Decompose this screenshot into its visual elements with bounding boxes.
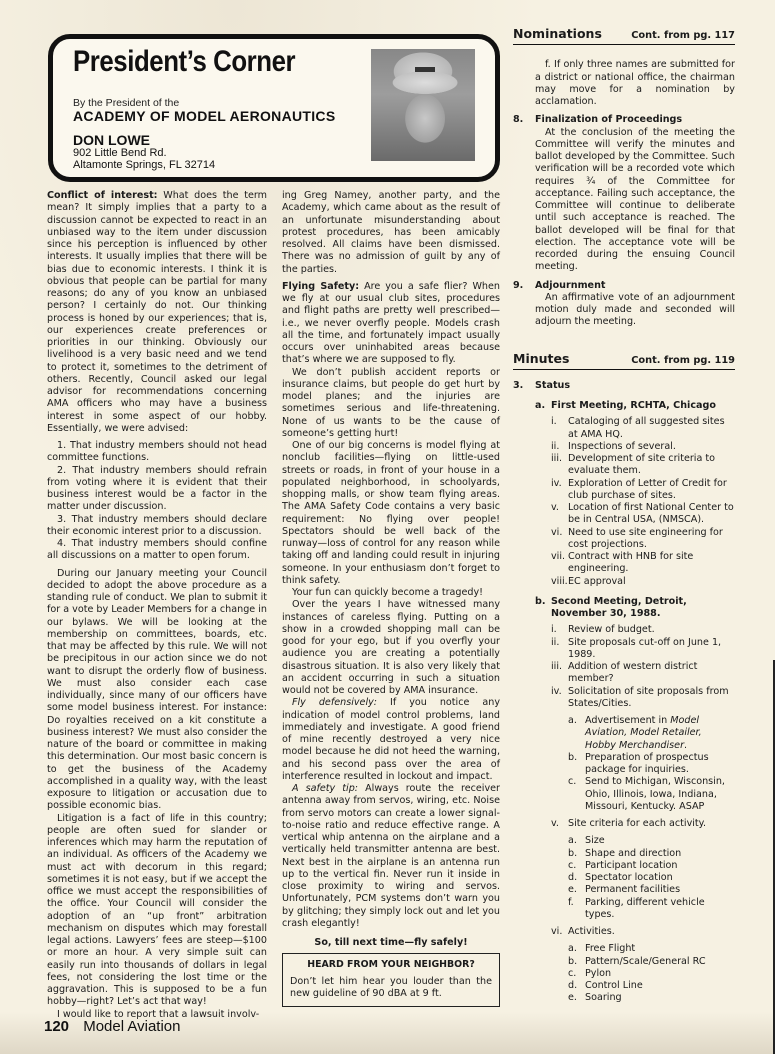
list-item: f.Parking, different vehicle types. xyxy=(513,897,735,922)
body-paragraph: We don’t publish accident reports or ins… xyxy=(282,367,500,441)
section-title: Nominations xyxy=(513,28,602,40)
callout-title: HEARD FROM YOUR NEIGHBOR? xyxy=(290,959,492,971)
presidents-corner-header: President’s Corner By the President of t… xyxy=(48,34,500,182)
address-line-2: Altamonte Springs, FL 32714 xyxy=(73,159,215,171)
list-item: i.Review of budget. xyxy=(513,624,735,636)
page-footer: 120 Model Aviation xyxy=(44,1018,181,1035)
hat-logo xyxy=(415,67,435,72)
nominations-header: Nominations Cont. from pg. 117 xyxy=(513,28,735,45)
organization-name: ACADEMY OF MODEL AERONAUTICS xyxy=(73,108,336,124)
fly-defensively-paragraph: Fly defensively: If you notice any indic… xyxy=(282,697,500,783)
nomination-item-f: f. If only three names are submitted for… xyxy=(513,59,735,108)
list-item: iv.Solicitation of site proposals from S… xyxy=(513,686,735,711)
magazine-name: Model Aviation xyxy=(83,1018,180,1035)
middle-column: ing Greg Namey, another party, and the A… xyxy=(282,190,500,1007)
advice-item: 1. That industry members should not head… xyxy=(47,440,267,465)
advice-item: 3. That industry members should declare … xyxy=(47,514,267,539)
page-number: 120 xyxy=(44,1018,69,1035)
advice-item: 4. That industry members should confine … xyxy=(47,538,267,563)
list-item: a.Size xyxy=(513,835,735,847)
list-item: b.Preparation of prospectus package for … xyxy=(513,752,735,777)
flying-safety-paragraph: Flying Safety: Are you a safe flier? Whe… xyxy=(282,281,500,367)
list-item: c.Pylon xyxy=(513,968,735,980)
callout-text: Don’t let him hear you louder than the n… xyxy=(290,976,492,1001)
list-item: v.Location of first National Center to b… xyxy=(513,502,735,527)
list-item: vii.Contract with HNB for site engineeri… xyxy=(513,551,735,576)
body-paragraph: ing Greg Namey, another party, and the A… xyxy=(282,190,500,276)
body-paragraph: One of our big concerns is model flying … xyxy=(282,440,500,587)
list-item: v.Site criteria for each activity. xyxy=(513,818,735,830)
list-item: viii.EC approval xyxy=(513,576,735,588)
left-column: Conflict of interest: What does the term… xyxy=(47,190,267,1021)
author-photo xyxy=(371,49,475,161)
list-item: e.Permanent facilities xyxy=(513,884,735,896)
right-column: Nominations Cont. from pg. 117 f. If onl… xyxy=(513,28,735,1005)
list-item: vi.Need to use site engineering for cost… xyxy=(513,527,735,552)
continuation-note: Cont. from pg. 119 xyxy=(631,355,735,367)
minutes-list: 3. Status a. First Meeting, RCHTA, Chica… xyxy=(513,380,735,1005)
list-item: i.Cataloging of all suggested sites at A… xyxy=(513,416,735,441)
nomination-item: 9. Adjournment An affirmative vote of an… xyxy=(513,280,735,329)
body-paragraph: During our January meeting your Council … xyxy=(47,568,267,813)
list-item: d.Control Line xyxy=(513,980,735,992)
list-item: c.Participant location xyxy=(513,860,735,872)
list-item: ii.Site proposals cut-off on June 1, 198… xyxy=(513,637,735,662)
list-item: b.Shape and direction xyxy=(513,848,735,860)
list-item: a.Advertisement in Model Aviation, Model… xyxy=(513,715,735,752)
list-item: iii.Development of site criteria to eval… xyxy=(513,453,735,478)
body-paragraph: Over the years I have witnessed many ins… xyxy=(282,599,500,697)
list-item: c.Send to Michigan, Wisconsin, Ohio, Ill… xyxy=(513,776,735,813)
list-item: d.Spectator location xyxy=(513,872,735,884)
advice-item: 2. That industry members should refrain … xyxy=(47,465,267,514)
safety-tip-paragraph: A safety tip: Always route the receiver … xyxy=(282,783,500,930)
list-item: iii.Addition of western district member? xyxy=(513,661,735,686)
page-title: President’s Corner xyxy=(73,45,295,79)
section-lead: Flying Safety: xyxy=(282,281,359,292)
conflict-of-interest-paragraph: Conflict of interest: What does the term… xyxy=(47,190,267,435)
section-lead: Conflict of interest: xyxy=(47,190,158,201)
list-item: e.Soaring xyxy=(513,992,735,1004)
list-item: b.Pattern/Scale/General RC xyxy=(513,956,735,968)
author-name: DON LOWE xyxy=(73,132,150,148)
section-title: Minutes xyxy=(513,353,569,365)
status-heading: 3. Status xyxy=(513,380,735,392)
first-meeting-heading: a. First Meeting, RCHTA, Chicago xyxy=(513,400,735,412)
continuation-note: Cont. from pg. 117 xyxy=(631,30,735,42)
address-line-1: 902 Little Bend Rd. xyxy=(73,147,167,159)
body-paragraph: Your fun can quickly become a tragedy! xyxy=(282,587,500,599)
second-meeting-heading: b. Second Meeting, Detroit, November 30,… xyxy=(513,596,735,621)
list-item: a.Free Flight xyxy=(513,943,735,955)
list-item: ii.Inspections of several. xyxy=(513,441,735,453)
neighbor-callout-box: HEARD FROM YOUR NEIGHBOR? Don’t let him … xyxy=(282,953,500,1007)
list-item: iv.Exploration of Letter of Credit for c… xyxy=(513,478,735,503)
nomination-item: 8. Finalization of Proceedings At the co… xyxy=(513,114,735,273)
signoff: So, till next time—fly safely! xyxy=(282,937,500,949)
list-item: vi.Activities. xyxy=(513,926,735,938)
body-paragraph: Litigation is a fact of life in this cou… xyxy=(47,813,267,1009)
minutes-header: Minutes Cont. from pg. 119 xyxy=(513,353,735,370)
